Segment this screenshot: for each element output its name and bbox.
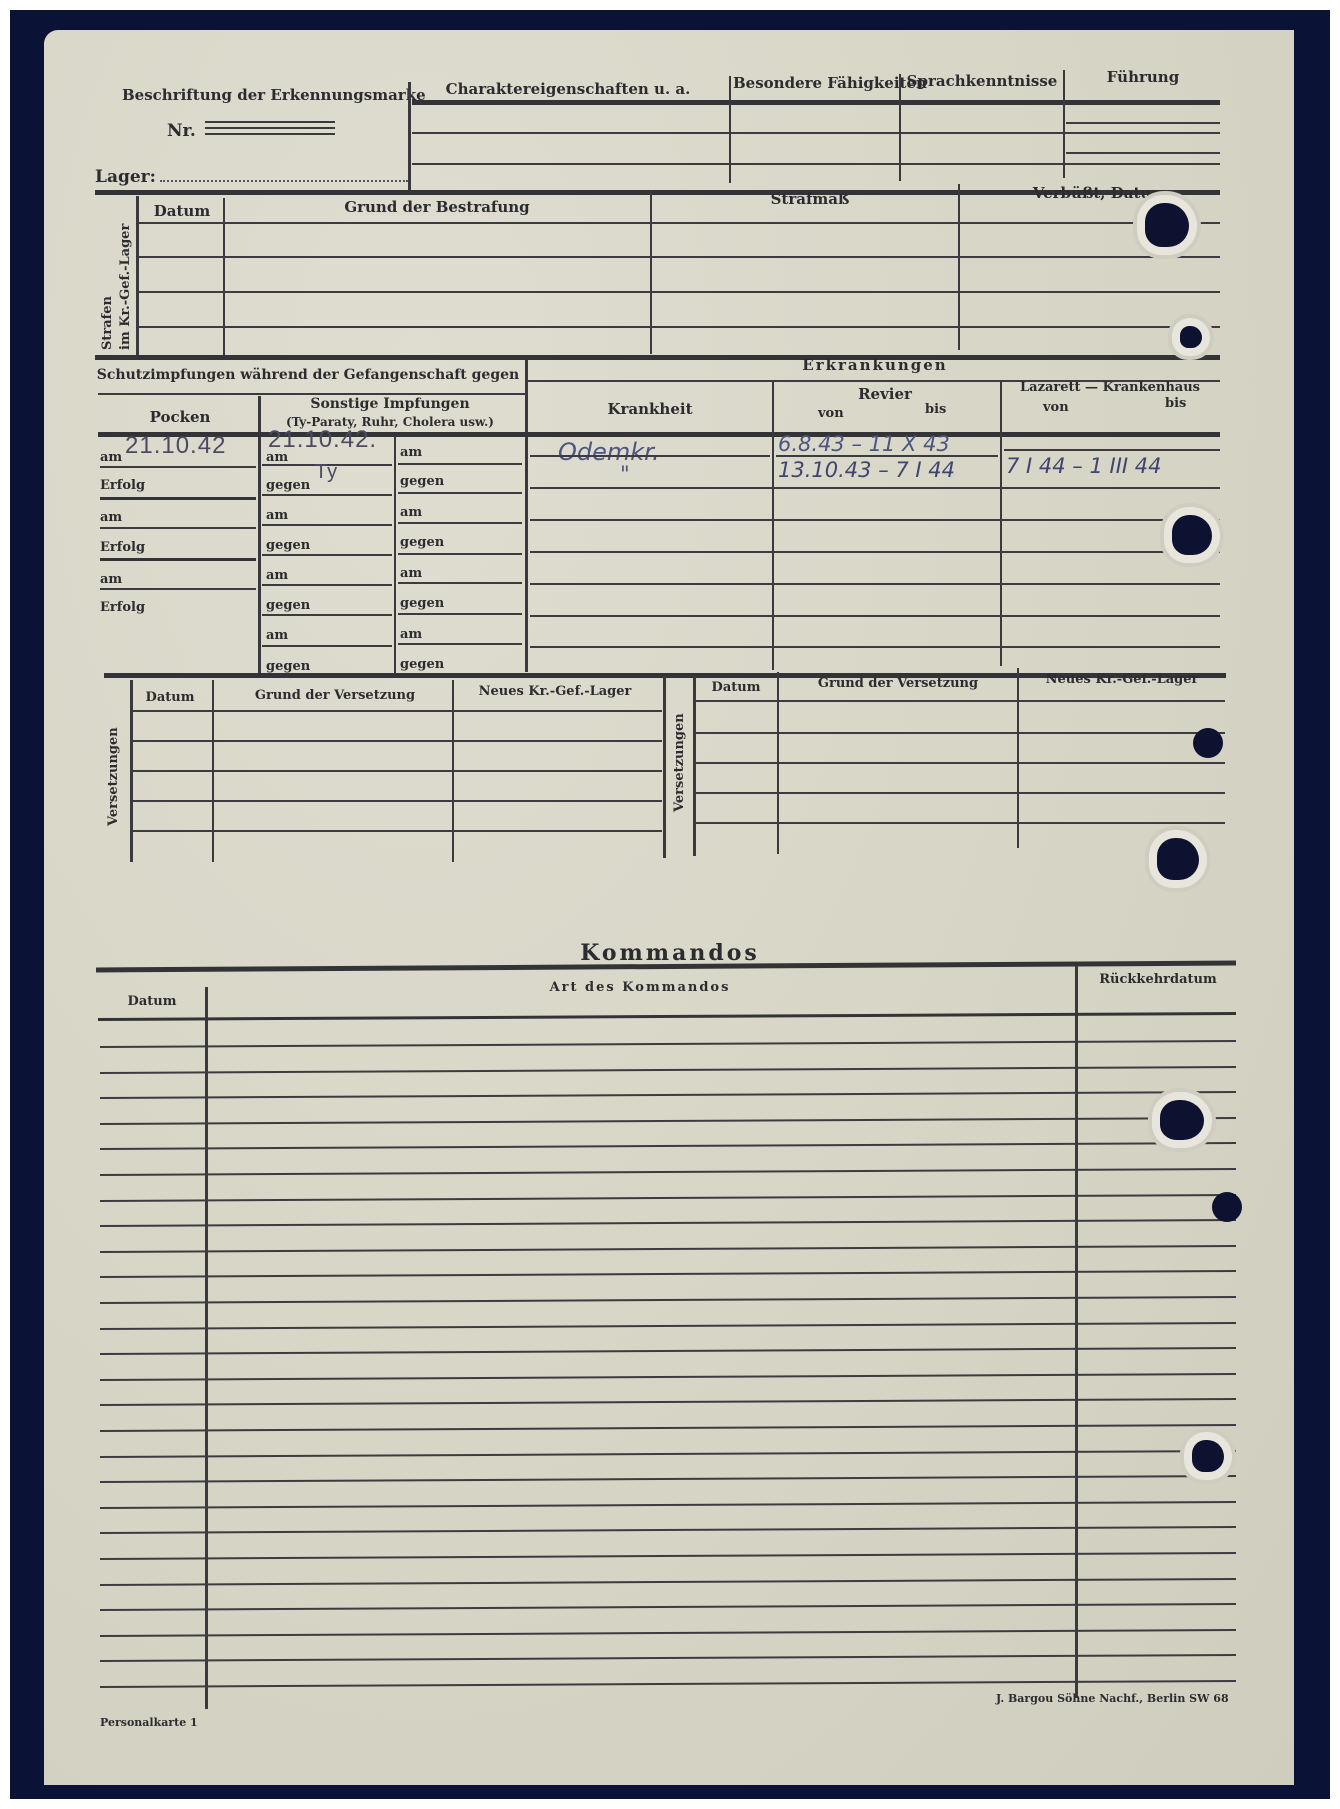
krankheit-entry-1[interactable]: Odemkr. [558,438,659,466]
rule [530,646,1220,648]
rule [132,740,662,742]
rule [412,132,1220,134]
rule [398,613,522,615]
sonstige-gegen-label-4: gegen [266,659,310,674]
erkennungsmarke-label: Beschriftung der Erkennungsmarke [122,86,426,104]
lager-field[interactable] [160,180,408,182]
sonstige2-am-label-3: am [400,566,422,581]
rule [95,355,1220,360]
sonstige-header: Sonstige Impfungen [310,396,469,412]
rule [695,762,1225,764]
rule [100,588,256,590]
versetzungen-side-label: Versetzungen [106,727,121,826]
rule [100,466,256,468]
sonstige2-am-label-4: am [400,627,422,642]
divider [772,382,774,670]
lazarett-bis: bis [1165,396,1186,411]
rule [1066,122,1220,124]
rule [132,770,662,772]
punch-hole [1180,326,1202,348]
rule [262,614,392,616]
pocken-erfolg-label-2: Erfolg [100,540,145,555]
divider [899,74,901,181]
sonstige2-am-label: am [400,445,422,460]
rule [695,822,1225,824]
rule [138,291,1220,293]
punch-hole [1193,728,1223,758]
kommando-rueckkehr-header: Rückkehrdatum [1099,972,1216,987]
sonstige2-gegen-label-2: gegen [400,535,444,550]
versetzung-datum-header: Datum [146,690,195,705]
divider [525,360,528,672]
punch-hole [1172,515,1212,555]
rule [398,582,522,584]
rule [100,497,256,500]
rule [695,732,1225,734]
erkrankungen-title: Erkrankungen [802,356,947,374]
punch-hole [1160,1100,1204,1140]
pocken-am-label-2: am [100,510,122,525]
sonstige-am-label-2: am [266,508,288,523]
verbuesst-header: Verbüßt, Datum [1033,184,1167,202]
punch-hole [1157,838,1199,880]
rule [262,584,392,586]
rule [98,432,1220,437]
revier-entry-2[interactable]: 13.10.43 – 7 I 44 [778,458,955,482]
sprachkenntnisse-header: Sprachkenntnisse [907,72,1058,90]
form-name: Personalkarte 1 [100,1716,198,1729]
rule [100,558,256,561]
rule [138,326,1220,328]
sonstige2-am-label-2: am [400,505,422,520]
rule [530,583,1220,585]
divider [1075,966,1078,1698]
rule [398,522,522,524]
rule [530,455,770,457]
pocken-erfolg-label: Erfolg [100,478,145,493]
sonstige-am-label-3: am [266,568,288,583]
rule [1066,152,1220,154]
divider [1063,70,1065,178]
rule [776,455,998,457]
sonstige-gegen-label: gegen [266,478,310,493]
fuehrung-header: Führung [1107,68,1179,86]
divider [394,436,396,676]
pocken-am-label: am [100,450,122,465]
sonstige-gegen-label-3: gegen [266,598,310,613]
kommando-art-header: Art des Kommandos [550,980,731,995]
schutzimpfungen-title: Schutzimpfungen während der Gefangenscha… [97,367,519,383]
lazarett-von: von [1043,400,1069,415]
sonstige-am-label: am [266,450,288,465]
divider [693,676,696,856]
rule [138,256,1220,258]
faehigkeiten-header: Besondere Fähigkeiten [733,74,927,92]
pocken-header: Pocken [150,408,211,426]
revier-von: von [818,406,844,421]
punch-hole [1145,203,1189,247]
versetzung-grund-header: Grund der Versetzung [255,688,415,703]
rule [530,519,1220,521]
divider [729,76,731,183]
strafen-datum-header: Datum [154,202,210,220]
lazarett-entry-2[interactable]: 7 I 44 – 1 III 44 [1006,454,1162,478]
rule [530,615,1220,617]
divider [650,190,652,354]
divider [1000,380,1002,666]
rule [398,553,522,555]
divider [205,987,208,1709]
divider [136,196,139,360]
revier-entry-1[interactable]: 6.8.43 – 11 X 43 [778,432,950,456]
revier-bis: bis [925,402,946,417]
rule [695,700,1225,702]
rule [132,710,662,712]
sonstige2-gegen-label-4: gegen [400,657,444,672]
kommandos-title: Kommandos [580,940,760,966]
rule [398,643,522,645]
nr-label: Nr. [167,121,196,141]
kommando-datum-header: Datum [128,994,177,1009]
pocken-am-label-3: am [100,572,122,587]
personalkarte-sheet [44,30,1294,1785]
versetzung-datum-header-right: Datum [712,680,761,695]
rule [530,551,1220,553]
rule [1004,449,1220,451]
rule [695,792,1225,794]
rule [132,800,662,802]
rule [262,645,392,647]
pocken-am-value[interactable]: 21.10.42 [125,432,226,460]
rule [138,222,1220,224]
rule [132,830,662,832]
rule [100,527,256,529]
divider [408,82,411,190]
rule [262,554,392,556]
versetzung-lager-header: Neues Kr.-Gef.-Lager [479,684,632,699]
punch-hole [1212,1192,1242,1222]
sonstige-gegen-value[interactable]: Ty [315,461,338,484]
strafen-grund-header: Grund der Bestrafung [344,198,529,216]
sonstige2-gegen-label-3: gegen [400,596,444,611]
strafmass-header: Strafmaß [771,190,850,208]
rule [98,393,525,395]
sonstige2-gegen-label: gegen [400,474,444,489]
charakter-header: Charaktereigenschaften u. a. [446,80,691,98]
divider [1017,668,1019,848]
nr-field[interactable] [205,121,335,139]
rule [398,463,522,465]
rule [262,524,392,526]
strafen-side-label: Strafen [100,296,115,350]
printer-imprint: J. Bargou Söhne Nachf., Berlin SW 68 [996,1692,1229,1705]
revier-header: Revier [858,385,912,403]
punch-hole [1192,1440,1224,1472]
rule [530,487,1220,489]
rule [262,494,392,496]
rule [412,100,1220,105]
strafen-side-label-2: im Kr.-Gef.-Lager [118,224,133,350]
versetzung-lager-header-right: Neues Kr.-Gef.-Lager [1046,672,1199,687]
divider [663,676,666,858]
sonstige-am-label-4: am [266,628,288,643]
divider [258,396,261,676]
lager-label: Lager: [95,167,156,187]
krankheit-header: Krankheit [607,400,692,418]
lazarett-header: Lazarett — Krankenhaus [1020,380,1200,395]
versetzung-grund-header-right: Grund der Versetzung [818,676,978,691]
pocken-erfolg-label-3: Erfolg [100,600,145,615]
versetzungen-side-label-right: Versetzungen [672,713,687,812]
sonstige-gegen-label-2: gegen [266,538,310,553]
rule [398,492,522,494]
rule [412,163,1220,165]
krankheit-entry-2[interactable]: " [620,462,630,486]
